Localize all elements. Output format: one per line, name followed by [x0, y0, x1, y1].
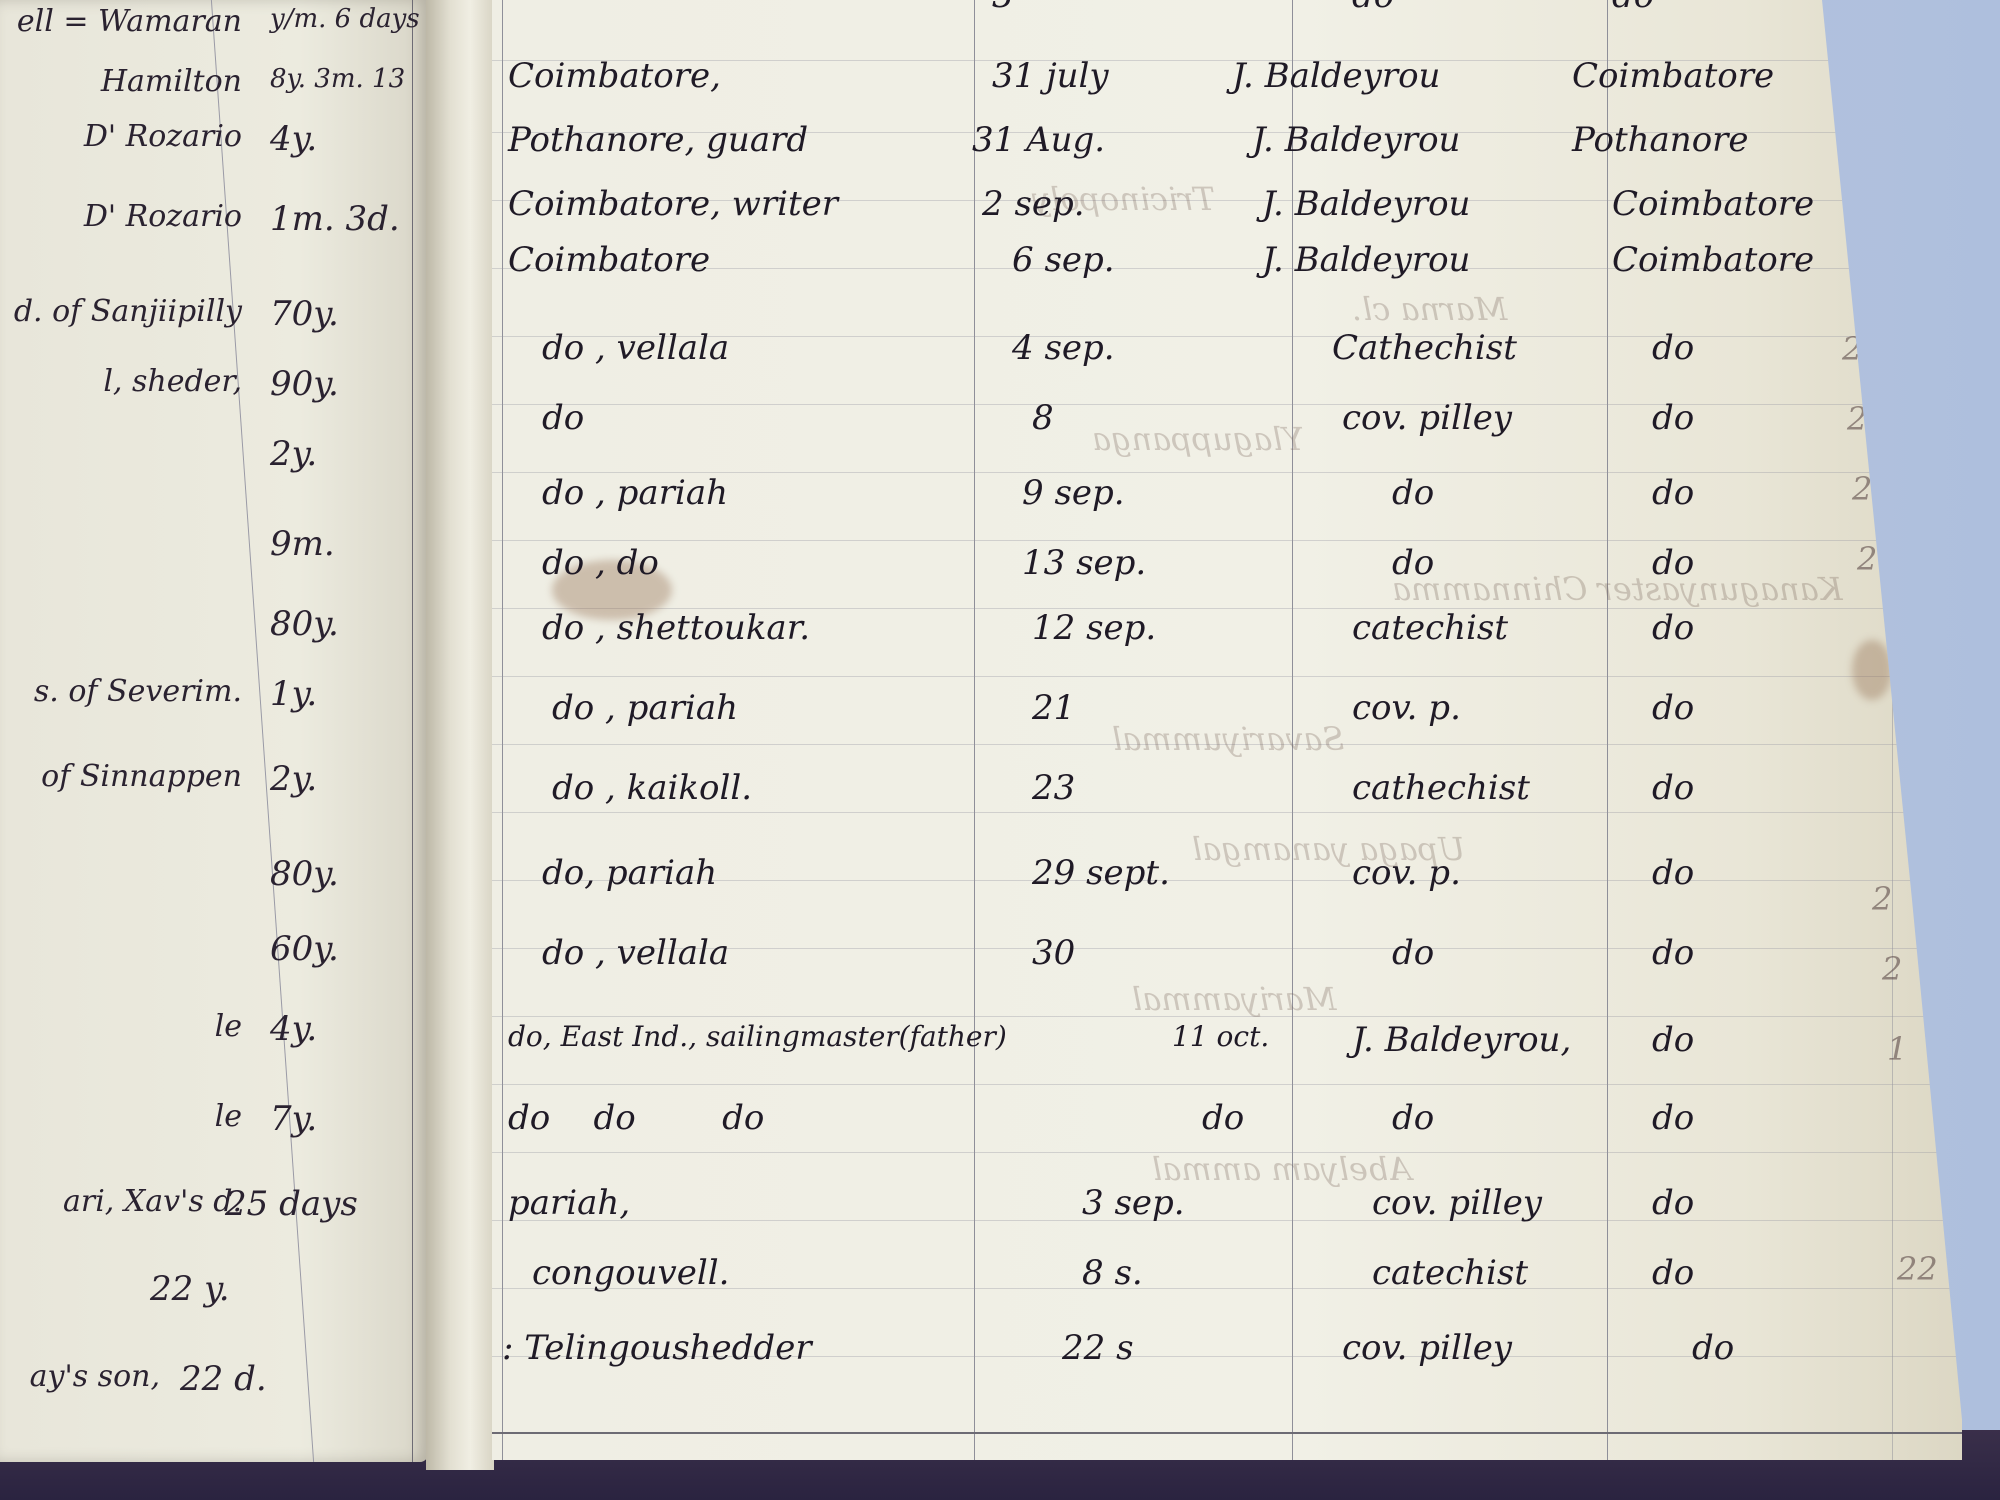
date-cell: 4 sep.: [1012, 328, 1115, 368]
left-desc: D' Rozario: [84, 199, 242, 234]
residence-cell: do: [1652, 1098, 1694, 1138]
left-age: 9m.: [270, 524, 335, 564]
residence-cell: do: [1652, 1253, 1694, 1293]
place-cell: do , do: [542, 543, 659, 583]
place-cell: do do do: [508, 1098, 764, 1138]
left-row: ay's son,22 d.: [0, 1355, 420, 1415]
left-age: 80y.: [270, 854, 339, 894]
ledger-row: do 8 cov. pilley do: [492, 390, 1962, 460]
left-desc: s. of Severim.: [34, 674, 242, 709]
officiant-cell: Cathechist: [1332, 328, 1517, 368]
ledger-row: do do do do do do: [492, 1090, 1962, 1160]
place-cell: : Telingoushedder: [502, 1328, 812, 1368]
margin-number: 22: [1897, 1250, 1938, 1288]
ledger-row: do , kaikoll. 23 cathechist do: [492, 760, 1962, 830]
left-row: le7y.: [0, 1095, 420, 1155]
residence-cell: do: [1652, 1183, 1694, 1223]
left-row: D' Rozario4y.: [0, 115, 420, 175]
left-row: d. of Sanjiipilly70y.: [0, 290, 420, 350]
place-cell: do: [542, 398, 584, 438]
book-gutter: [426, 0, 494, 1470]
officiant-cell: J. Baldeyrou: [1252, 120, 1460, 160]
left-row: 80y.: [0, 600, 420, 660]
margin-number: 27: [1847, 400, 1888, 438]
left-row: 22 y.: [0, 1265, 420, 1325]
margin-number: 27: [1852, 470, 1893, 508]
date-cell: 29 sept.: [1032, 853, 1170, 893]
left-age: y/m. 6 days: [270, 4, 420, 34]
date-cell: 13 sep.: [1022, 543, 1146, 583]
ledger-row: do , pariah 21 cov. p. do: [492, 680, 1962, 750]
left-age: 4y.: [270, 1009, 317, 1049]
ledger-row: do , shettoukar. 12 sep. catechist do: [492, 600, 1962, 670]
left-desc: ell = Wamaran: [17, 4, 242, 39]
left-age: 90y.: [270, 364, 339, 404]
left-row: l, sheder,90y.: [0, 360, 420, 420]
officiant-cell: cov. p.: [1352, 688, 1461, 728]
left-desc: ay's son,: [30, 1359, 160, 1394]
left-age: 60y.: [270, 929, 339, 969]
left-page: ell = Wamarany/m. 6 days Hamilton8y. 3m.…: [0, 0, 428, 1462]
residence-cell: Coimbatore: [1612, 184, 1814, 224]
margin-number: 14: [1832, 0, 1873, 38]
date-cell: 11 oct.: [1172, 1020, 1269, 1053]
ledger-row: pariah, 3 sep. cov. pilley do: [492, 1175, 1962, 1245]
left-age: 1m. 3d.: [270, 199, 400, 239]
date-cell: 3: [992, 0, 1014, 16]
left-row: s. of Severim.1y.: [0, 670, 420, 730]
ledger-row: do, pariah 29 sept. cov. p. do: [492, 845, 1962, 915]
date-cell: 31 july: [992, 56, 1109, 96]
left-desc: le: [215, 1009, 242, 1044]
residence-cell: Coimbatore: [1612, 240, 1814, 280]
date-cell: 12 sep.: [1032, 608, 1156, 648]
officiant-cell: cov. pilley: [1342, 398, 1512, 438]
date-cell: 3 sep.: [1082, 1183, 1185, 1223]
left-age: 2y.: [270, 759, 317, 799]
left-desc: d. of Sanjiipilly: [14, 294, 242, 329]
margin-number: 27: [1842, 330, 1883, 368]
margin-number: 2: [1882, 950, 1902, 988]
left-row: 9m.: [0, 520, 420, 580]
place-cell: Coimbatore,: [508, 56, 721, 96]
ledger-row: do , vellala 4 sep. Cathechist do: [492, 320, 1962, 390]
left-row: 80y.: [0, 850, 420, 910]
officiant-cell: do: [1352, 0, 1394, 16]
date-cell: 23: [1032, 768, 1075, 808]
date-cell: 31 Aug.: [972, 120, 1105, 160]
residence-cell: do: [1652, 608, 1694, 648]
ledger-row: do , vellala 30 do do: [492, 925, 1962, 995]
residence-cell: Coimbatore: [1572, 56, 1774, 96]
officiant-cell: do: [1392, 1098, 1434, 1138]
place-cell: do , pariah: [552, 688, 738, 728]
residence-cell: do: [1652, 398, 1694, 438]
margin-number: 14: [1837, 80, 1878, 118]
left-desc: D' Rozario: [84, 119, 242, 154]
residence-cell: do: [1652, 853, 1694, 893]
residence-cell: do: [1652, 1020, 1694, 1060]
place-cell: Pothanore, guard: [508, 120, 808, 160]
place-cell: do , vellala: [542, 328, 729, 368]
officiant-cell: cov. pilley: [1342, 1328, 1512, 1368]
officiant-cell: J. Baldeyrou: [1262, 240, 1470, 280]
officiant-cell: J. Baldeyrou,: [1352, 1020, 1571, 1060]
officiant-cell: do: [1392, 543, 1434, 583]
date-cell: 8 s.: [1082, 1253, 1143, 1293]
residence-cell: do: [1652, 688, 1694, 728]
date-cell: 8: [1032, 398, 1054, 438]
residence-cell: Pothanore: [1572, 120, 1749, 160]
left-desc: l, sheder,: [103, 364, 242, 399]
ledger-row: Coimbatore 6 sep. J. Baldeyrou Coimbator…: [492, 232, 1962, 302]
left-age: 22 y.: [150, 1269, 230, 1309]
left-age: 25 days: [225, 1184, 358, 1224]
ledger-row: Pothanore, guard 31 Aug. J. Baldeyrou Po…: [492, 112, 1962, 182]
place-cell: do , shettoukar.: [542, 608, 810, 648]
margin-number: 1: [1887, 1030, 1907, 1068]
left-age: 4y.: [270, 119, 317, 159]
left-desc: ari, Xav's d.: [63, 1184, 242, 1219]
place-cell: Coimbatore, writer: [508, 184, 838, 224]
ledger-row-partial: 3 do do: [492, 0, 1962, 38]
left-row: ell = Wamarany/m. 6 days: [0, 0, 420, 60]
officiant-cell: catechist: [1352, 608, 1508, 648]
ledger-row: congouvell. 8 s. catechist do: [492, 1245, 1962, 1315]
date-cell: 2 sep.: [982, 184, 1085, 224]
date-cell: do: [1202, 1098, 1244, 1138]
residence-cell: do: [1652, 473, 1694, 513]
ledger-row: : Telingoushedder 22 s cov. pilley do: [492, 1320, 1962, 1390]
left-age: 2y.: [270, 434, 317, 474]
place-cell: pariah,: [508, 1183, 630, 1223]
place-cell: do, pariah: [542, 853, 717, 893]
officiant-cell: do: [1392, 473, 1434, 513]
left-desc: Hamilton: [101, 64, 242, 99]
place-cell: do , pariah: [542, 473, 728, 513]
residence-cell: do: [1652, 328, 1694, 368]
left-desc: of Sinnappen: [41, 759, 242, 794]
residence-cell: do: [1612, 0, 1654, 16]
left-age: 8y. 3m. 13: [270, 64, 405, 94]
ledger-row: do, East Ind., sailingmaster(father) 11 …: [492, 1012, 1962, 1082]
date-cell: 6 sep.: [1012, 240, 1115, 280]
margin-number: 2: [1872, 880, 1892, 918]
left-row: 60y.: [0, 925, 420, 985]
left-age: 1y.: [270, 674, 317, 714]
place-cell: do, East Ind., sailingmaster(father): [508, 1020, 1007, 1053]
date-cell: 21: [1032, 688, 1075, 728]
residence-cell: do: [1652, 933, 1694, 973]
officiant-cell: J. Baldeyrou: [1232, 56, 1440, 96]
date-cell: 9 sep.: [1022, 473, 1125, 513]
date-cell: 22 s: [1062, 1328, 1134, 1368]
left-row: of Sinnappen2y.: [0, 755, 420, 815]
officiant-cell: do: [1392, 933, 1434, 973]
right-page: Tricinopoly Marna cl. Ylaguppanga Kanagu…: [492, 0, 1962, 1460]
left-row: ari, Xav's d.25 days: [0, 1180, 420, 1240]
officiant-cell: cathechist: [1352, 768, 1530, 808]
margin-number: 27: [1857, 540, 1898, 578]
left-desc: le: [215, 1099, 242, 1134]
left-age: 7y.: [270, 1099, 317, 1139]
ledger-row: do , pariah 9 sep. do do: [492, 465, 1962, 535]
left-row: D' Rozario1m. 3d.: [0, 195, 420, 255]
left-row: le4y.: [0, 1005, 420, 1065]
place-cell: do , kaikoll.: [552, 768, 752, 808]
officiant-cell: catechist: [1372, 1253, 1528, 1293]
left-age: 22 d.: [180, 1359, 267, 1399]
place-cell: Coimbatore: [508, 240, 710, 280]
ledger-row: Coimbatore, 31 july J. Baldeyrou Coimbat…: [492, 48, 1962, 118]
officiant-cell: J. Baldeyrou: [1262, 184, 1470, 224]
officiant-cell: cov. p.: [1352, 853, 1461, 893]
left-row: 2y.: [0, 430, 420, 490]
residence-cell: do: [1652, 543, 1694, 583]
officiant-cell: cov. pilley: [1372, 1183, 1542, 1223]
left-age: 70y.: [270, 294, 339, 334]
ledger-row: do , do 13 sep. do do: [492, 535, 1962, 605]
left-age: 80y.: [270, 604, 339, 644]
residence-cell: do: [1652, 768, 1694, 808]
date-cell: 30: [1032, 933, 1075, 973]
place-cell: congouvell.: [532, 1253, 729, 1293]
left-row: Hamilton8y. 3m. 13: [0, 60, 420, 120]
residence-cell: do: [1692, 1328, 1734, 1368]
place-cell: do , vellala: [542, 933, 729, 973]
